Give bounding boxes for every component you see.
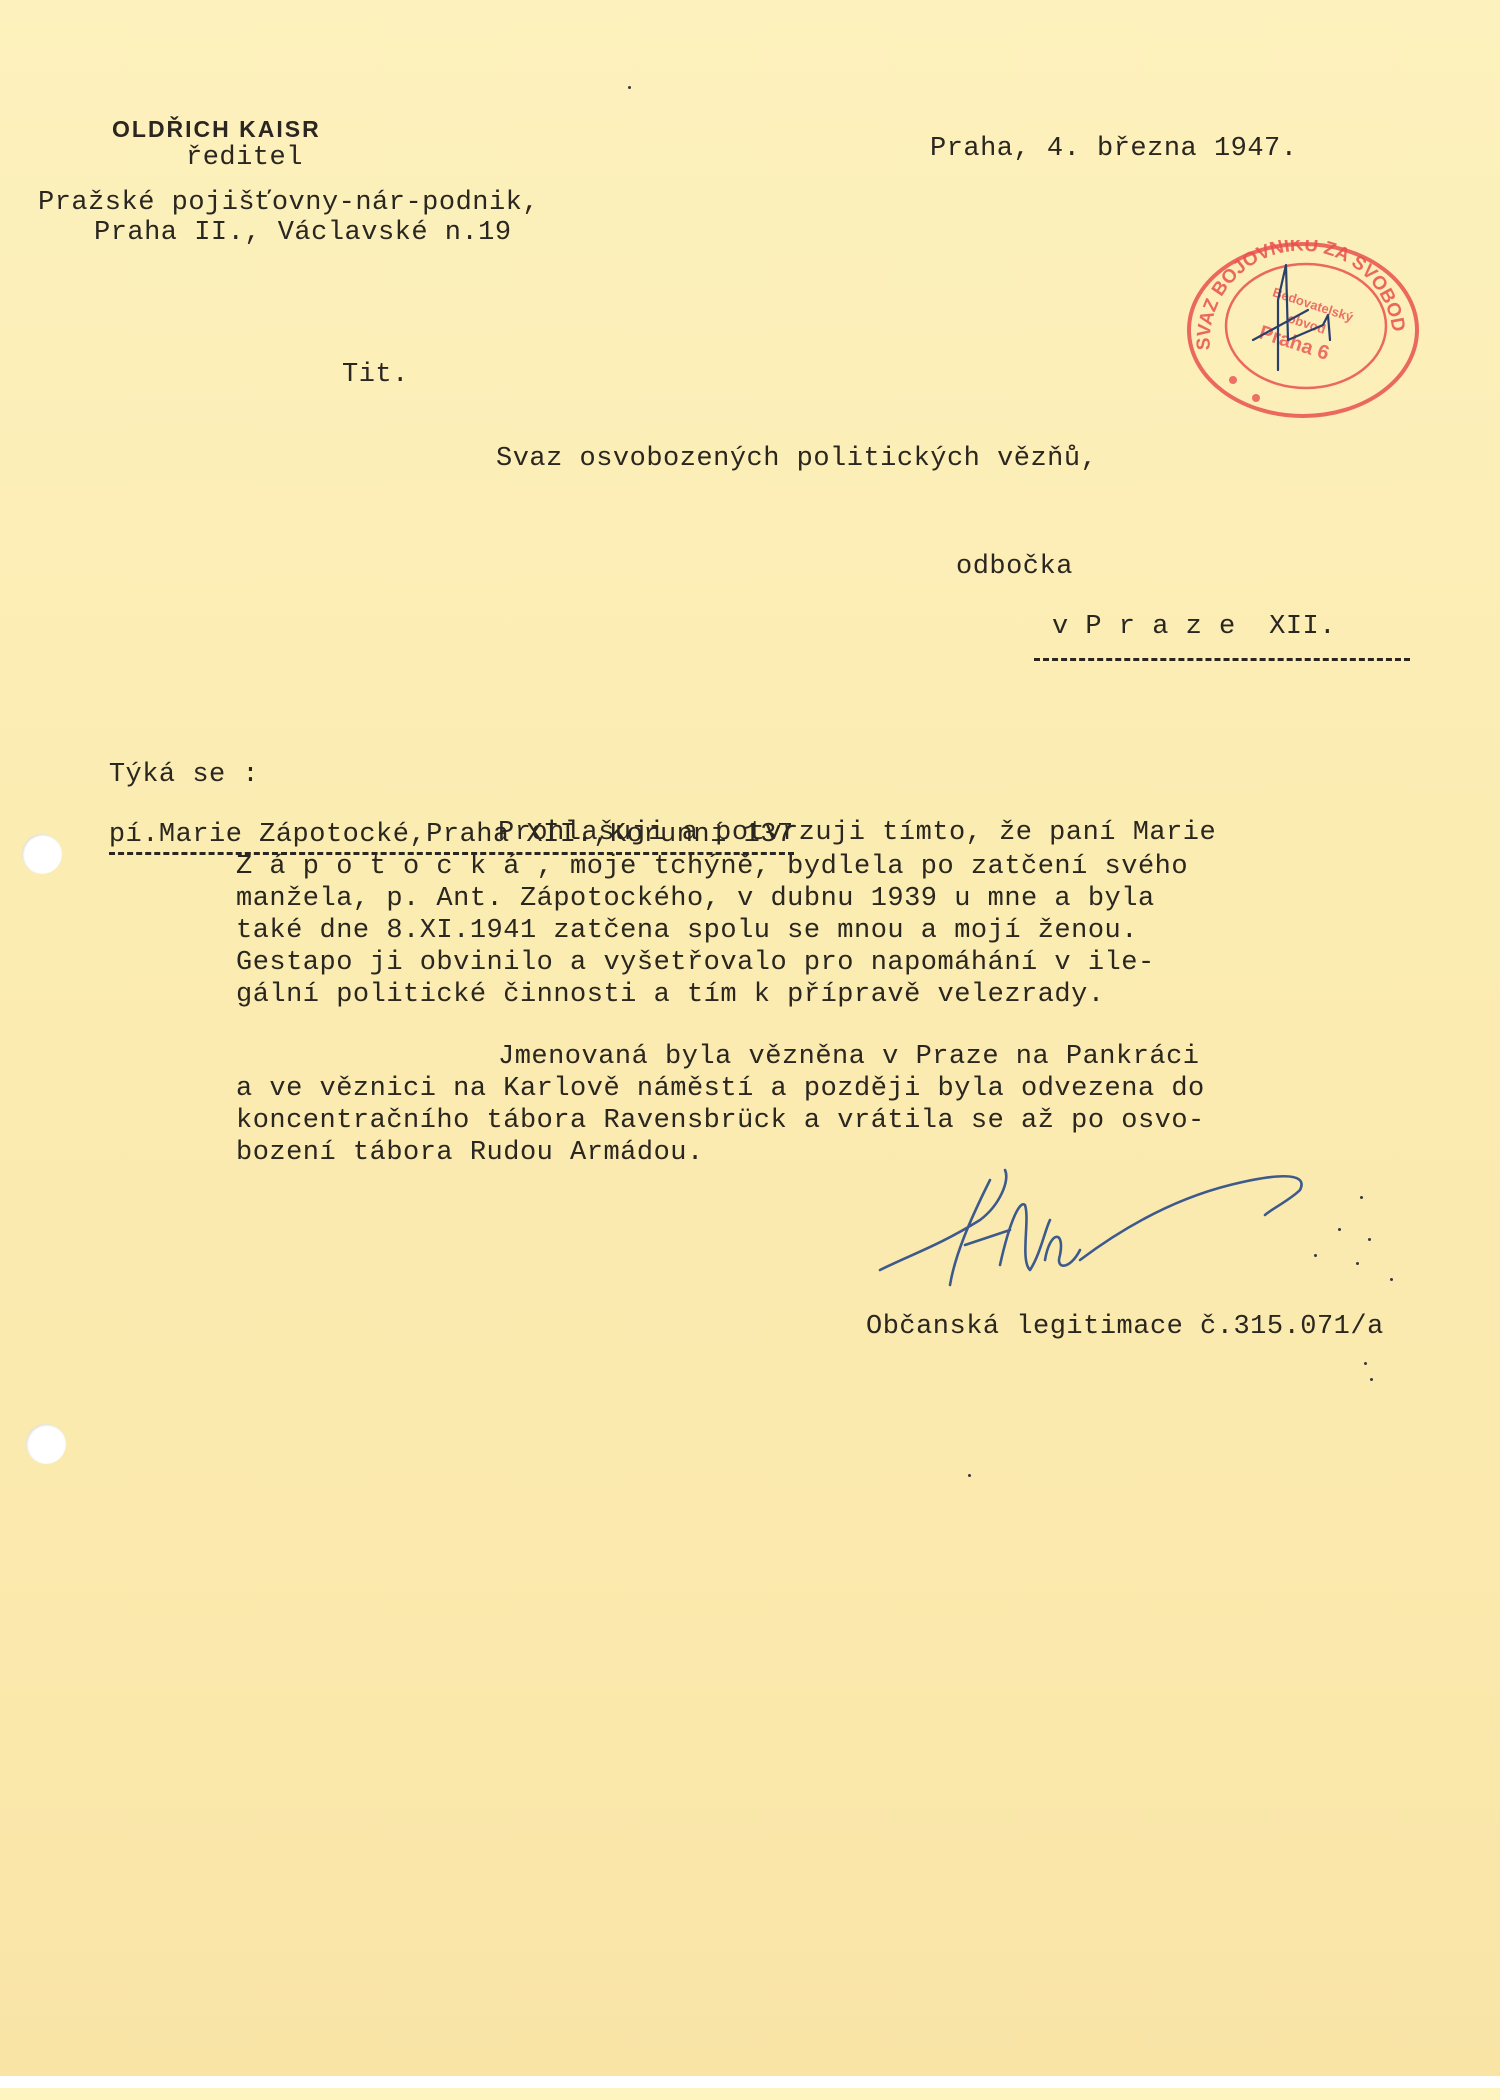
stamp-icon: SVAZ BOJOVNÍKŮ ZA SVOBODU Bedovatelský o… [1178, 240, 1428, 420]
punch-hole-bottom [26, 1424, 66, 1464]
stray-mark [1364, 1362, 1367, 1365]
recipient-branch-location: v P r a z e XII. [1052, 612, 1336, 642]
body-p2-line-4: bození tábora Rudou Armádou. [236, 1138, 704, 1168]
subject-label: Týká se : [109, 760, 259, 790]
stray-mark [1370, 1378, 1373, 1381]
body-p1-line-3: manžela, p. Ant. Zápotockého, v dubnu 19… [236, 884, 1155, 914]
stray-mark [1356, 1262, 1359, 1265]
letterhead-company: Pražské pojišťovny-nár-podnik, [38, 188, 539, 218]
letterhead-address: Praha II., Václavské n.19 [94, 218, 512, 248]
document-page: OLDŘICH KAISR ředitel Pražské pojišťovny… [0, 0, 1500, 2088]
handwritten-signature [870, 1160, 1330, 1300]
stray-mark [1368, 1238, 1371, 1241]
date-line: Praha, 4. března 1947. [930, 134, 1297, 164]
recipient-branch-label: odbočka [956, 552, 1073, 582]
signature-icon [870, 1160, 1330, 1300]
stray-mark [1338, 1228, 1341, 1231]
branch-underline [1034, 658, 1410, 661]
stray-mark [1314, 1254, 1317, 1257]
body-p2-line-1: Jmenovaná byla vězněna v Praze na Pankrá… [498, 1042, 1200, 1072]
stray-mark [1390, 1278, 1393, 1281]
punch-hole-top [22, 834, 62, 874]
id-card-line: Občanská legitimace č.315.071/a [866, 1312, 1384, 1342]
body-p1-line-1: Prohlašuji a potvrzuji tímto, že paní Ma… [498, 818, 1216, 848]
recipient-organization: Svaz osvobozených politických vězňů, [496, 444, 1097, 474]
organization-stamp: SVAZ BOJOVNÍKŮ ZA SVOBODU Bedovatelský o… [1178, 240, 1428, 420]
stray-mark [1360, 1196, 1363, 1199]
body-p1-line-5: Gestapo ji obvinilo a vyšetřovalo pro na… [236, 948, 1155, 978]
letterhead-title: ředitel [186, 143, 303, 173]
stray-mark [968, 1474, 971, 1477]
body-p1-line-4: také dne 8.XI.1941 zatčena spolu se mnou… [236, 916, 1138, 946]
body-p1-line-6: gální politické činnosti a tím k příprav… [236, 980, 1105, 1010]
salutation: Tit. [342, 360, 409, 390]
stray-mark [628, 86, 631, 89]
body-p2-line-3: koncentračního tábora Ravensbrück a vrát… [236, 1106, 1205, 1136]
body-p2-line-2: a ve věznici na Karlově náměstí a pozděj… [236, 1074, 1205, 1104]
body-p1-line-2: Z á p o t o c k á , moje tchýně, bydlela… [236, 852, 1188, 882]
letterhead-name: OLDŘICH KAISR [112, 116, 321, 143]
